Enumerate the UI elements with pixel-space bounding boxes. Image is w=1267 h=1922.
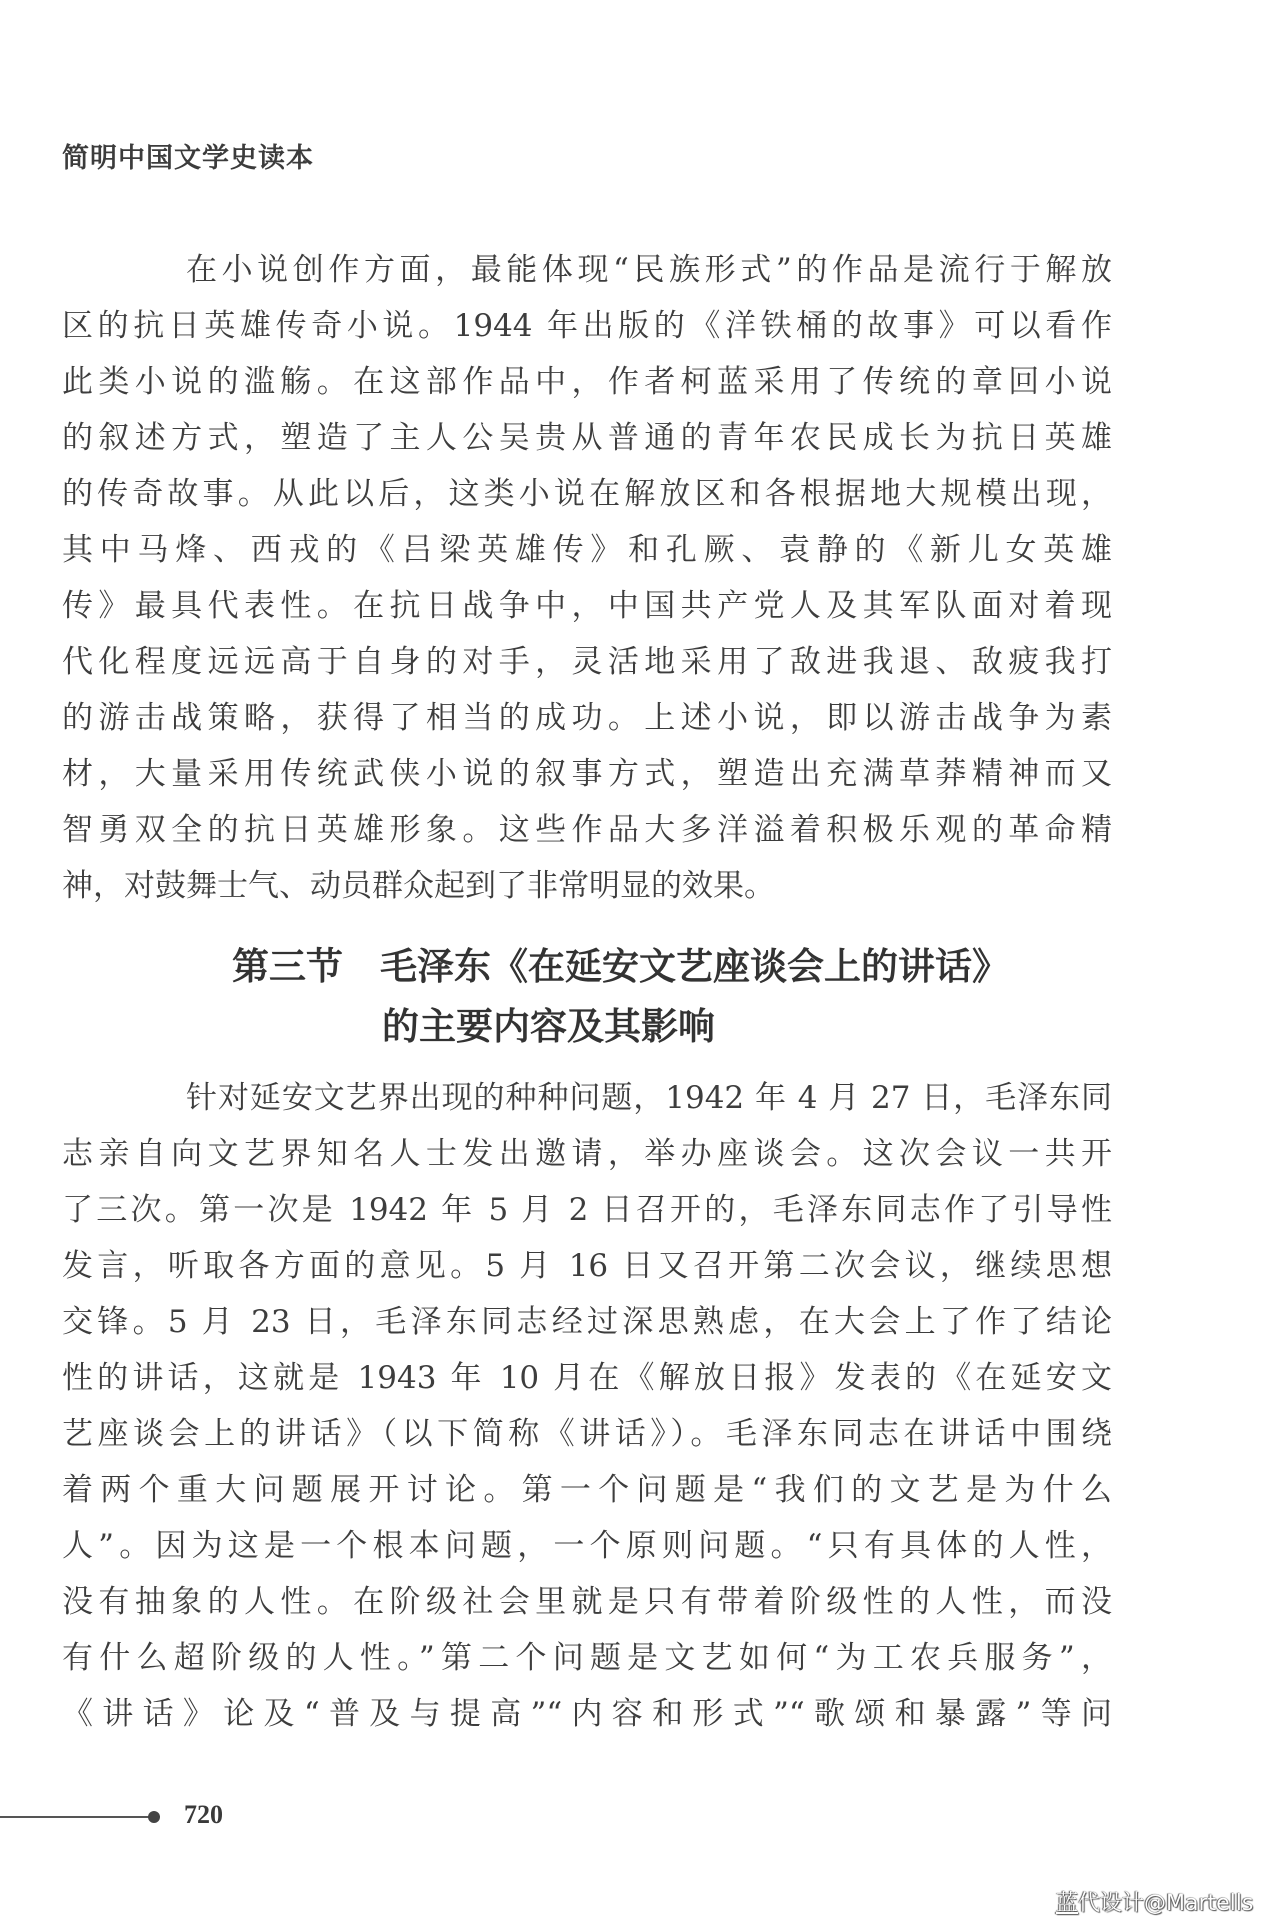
- text-line: 有什么超阶级的人性。”第二个问题是文艺如何“为工农兵服务”，: [62, 1638, 1112, 1678]
- text-line: 的游击战策略，获得了相当的成功。上述小说，即以游击战争为素: [62, 698, 1112, 738]
- text-line: 志亲自向文艺界知名人士发出邀请，举办座谈会。这次会议一共开: [62, 1134, 1112, 1174]
- text-line: 艺座谈会上的讲话》（以下简称《讲话》）。毛泽东同志在讲话中围绕: [62, 1414, 1112, 1454]
- text-line: 材，大量采用传统武侠小说的叙事方式，塑造出充满草莽精神而又: [62, 754, 1112, 794]
- text-line: 了三次。第一次是 1942 年 5 月 2 日召开的，毛泽东同志作了引导性: [62, 1190, 1112, 1230]
- text-line: 神，对鼓舞士气、动员群众起到了非常明显的效果。: [62, 866, 1112, 906]
- text-line: 代化程度远远高于自身的对手，灵活地采用了敌进我退、敌疲我打: [62, 642, 1112, 682]
- text-line: 此类小说的滥觞。在这部作品中，作者柯蓝采用了传统的章回小说: [62, 362, 1112, 402]
- watermark-prefix: 蓝: [1056, 1891, 1078, 1916]
- section-heading-line-1: 第三节 毛泽东《在延安文艺座谈会上的讲话》: [232, 936, 1009, 990]
- text-line: 发言，听取各方面的意见。5 月 16 日又召开第二次会议，继续思想: [62, 1246, 1112, 1286]
- text-line: 智勇双全的抗日英雄形象。这些作品大多洋溢着积极乐观的革命精: [62, 810, 1112, 850]
- text-line: 的传奇故事。从此以后，这类小说在解放区和各根据地大规模出现，: [62, 474, 1112, 514]
- watermark: 蓝代设计@Martells: [1056, 1886, 1253, 1917]
- text-line: 交锋。5 月 23 日，毛泽东同志经过深思熟虑，在大会上了作了结论: [62, 1302, 1112, 1342]
- text-line: 其中马烽、西戎的《吕梁英雄传》和孔厥、袁静的《新儿女英雄: [62, 530, 1112, 570]
- text-line: 《讲话》论及“普及与提高”“内容和形式”“歌颂和暴露”等问: [62, 1694, 1112, 1734]
- text-line: 人”。因为这是一个根本问题，一个原则问题。“只有具体的人性，: [62, 1526, 1112, 1566]
- text-line: 性的讲话，这就是 1943 年 10 月在《解放日报》发表的《在延安文: [62, 1358, 1112, 1398]
- text-line: 的叙述方式，塑造了主人公吴贵从普通的青年农民成长为抗日英雄: [62, 418, 1112, 458]
- footer-dot-icon: [148, 1811, 160, 1823]
- text-line: 区的抗日英雄传奇小说。1944 年出版的《洋铁桶的故事》可以看作: [62, 306, 1112, 346]
- watermark-text: 代设计@Martells: [1078, 1891, 1253, 1916]
- text-line: 传》最具代表性。在抗日战争中，中国共产党人及其军队面对着现: [62, 586, 1112, 626]
- page-number: 720: [184, 1800, 223, 1830]
- section-heading-line-2: 的主要内容及其影响: [382, 996, 715, 1050]
- text-line: 针对延安文艺界出现的种种问题，1942 年 4 月 27 日，毛泽东同: [186, 1078, 1112, 1118]
- text-line: 没有抽象的人性。在阶级社会里就是只有带着阶级性的人性，而没: [62, 1582, 1112, 1622]
- text-line: 着两个重大问题展开讨论。第一个问题是“我们的文艺是为什么: [62, 1470, 1112, 1510]
- text-line: 在小说创作方面，最能体现“民族形式”的作品是流行于解放: [186, 250, 1112, 290]
- running-head: 简明中国文学史读本: [62, 136, 314, 175]
- footer-rule: [0, 1816, 153, 1818]
